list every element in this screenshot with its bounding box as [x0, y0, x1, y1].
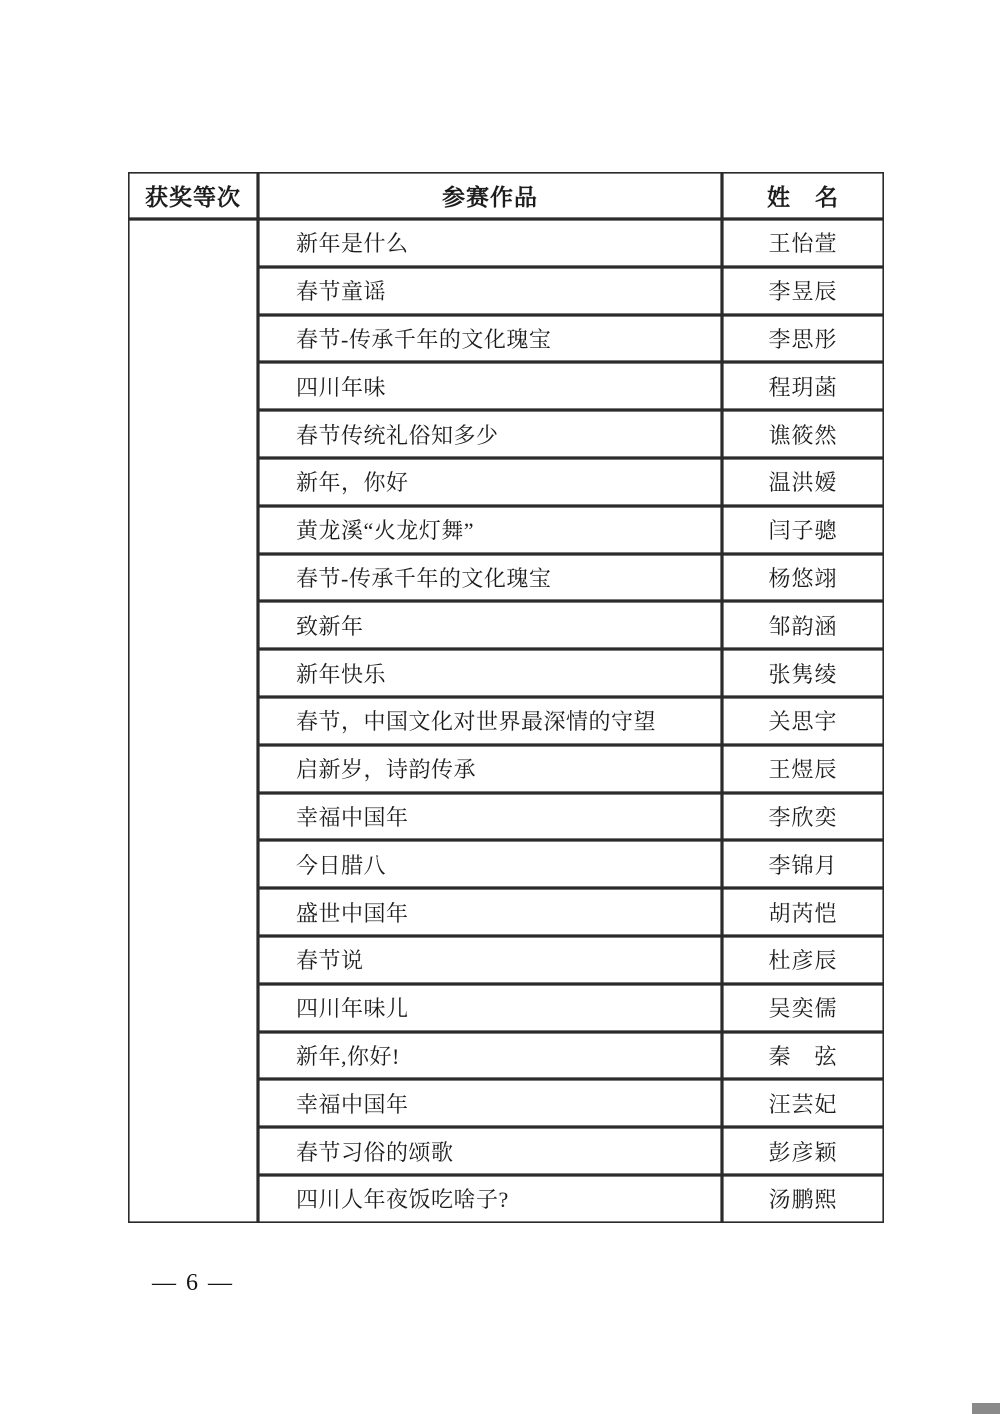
work-cell: 春节-传承千年的文化瑰宝	[258, 554, 722, 602]
name-cell: 彭彦颖	[722, 1127, 884, 1175]
name-cell: 谯筱然	[722, 410, 884, 458]
table-row: 新年是什么王怡萱	[128, 219, 884, 267]
work-cell: 今日腊八	[258, 840, 722, 888]
name-cell: 温洪嫒	[722, 458, 884, 506]
work-cell: 盛世中国年	[258, 888, 722, 936]
work-cell: 四川人年夜饭吃啥子?	[258, 1175, 722, 1223]
name-cell: 汪芸妃	[722, 1079, 884, 1127]
name-cell: 李思彤	[722, 315, 884, 363]
column-header-work: 参赛作品	[258, 172, 722, 219]
name-cell: 王煜辰	[722, 745, 884, 793]
name-cell: 李锦月	[722, 840, 884, 888]
name-cell: 汤鹏熙	[722, 1175, 884, 1223]
work-cell: 致新年	[258, 601, 722, 649]
table-header: 获奖等次 参赛作品 姓 名	[128, 172, 884, 219]
name-cell: 张隽绫	[722, 649, 884, 697]
name-cell: 胡芮恺	[722, 888, 884, 936]
document-page: 获奖等次 参赛作品 姓 名 新年是什么王怡萱春节童谣李昱辰春节-传承千年的文化瑰…	[0, 0, 1000, 1414]
header-row: 获奖等次 参赛作品 姓 名	[128, 172, 884, 219]
name-cell: 闫子骢	[722, 506, 884, 554]
name-cell: 邹韵涵	[722, 601, 884, 649]
work-cell: 新年是什么	[258, 219, 722, 267]
work-cell: 幸福中国年	[258, 793, 722, 841]
work-cell: 新年快乐	[258, 649, 722, 697]
name-cell: 李昱辰	[722, 267, 884, 315]
page-number: — 6 —	[152, 1270, 234, 1297]
name-cell: 关思宇	[722, 697, 884, 745]
name-cell: 李欣奕	[722, 793, 884, 841]
corner-scan-artifact	[972, 1403, 1000, 1414]
award-level-cell	[128, 219, 258, 1223]
work-cell: 黄龙溪“火龙灯舞”	[258, 506, 722, 554]
work-cell: 春节习俗的颂歌	[258, 1127, 722, 1175]
column-header-award: 获奖等次	[128, 172, 258, 219]
work-cell: 春节，中国文化对世界最深情的守望	[258, 697, 722, 745]
name-cell: 杜彦辰	[722, 936, 884, 984]
name-cell: 秦 弦	[722, 1032, 884, 1080]
work-cell: 四川年味儿	[258, 984, 722, 1032]
work-cell: 春节-传承千年的文化瑰宝	[258, 315, 722, 363]
name-cell: 杨悠翊	[722, 554, 884, 602]
work-cell: 四川年味	[258, 362, 722, 410]
name-cell: 吴奕儒	[722, 984, 884, 1032]
work-cell: 新年,你好!	[258, 1032, 722, 1080]
column-header-name: 姓 名	[722, 172, 884, 219]
name-cell: 程玥菡	[722, 362, 884, 410]
work-cell: 春节童谣	[258, 267, 722, 315]
award-results-table: 获奖等次 参赛作品 姓 名 新年是什么王怡萱春节童谣李昱辰春节-传承千年的文化瑰…	[128, 172, 884, 1223]
work-cell: 春节传统礼俗知多少	[258, 410, 722, 458]
work-cell: 春节说	[258, 936, 722, 984]
work-cell: 启新岁，诗韵传承	[258, 745, 722, 793]
table-body: 新年是什么王怡萱春节童谣李昱辰春节-传承千年的文化瑰宝李思彤四川年味程玥菡春节传…	[128, 219, 884, 1223]
work-cell: 幸福中国年	[258, 1079, 722, 1127]
name-cell: 王怡萱	[722, 219, 884, 267]
work-cell: 新年，你好	[258, 458, 722, 506]
